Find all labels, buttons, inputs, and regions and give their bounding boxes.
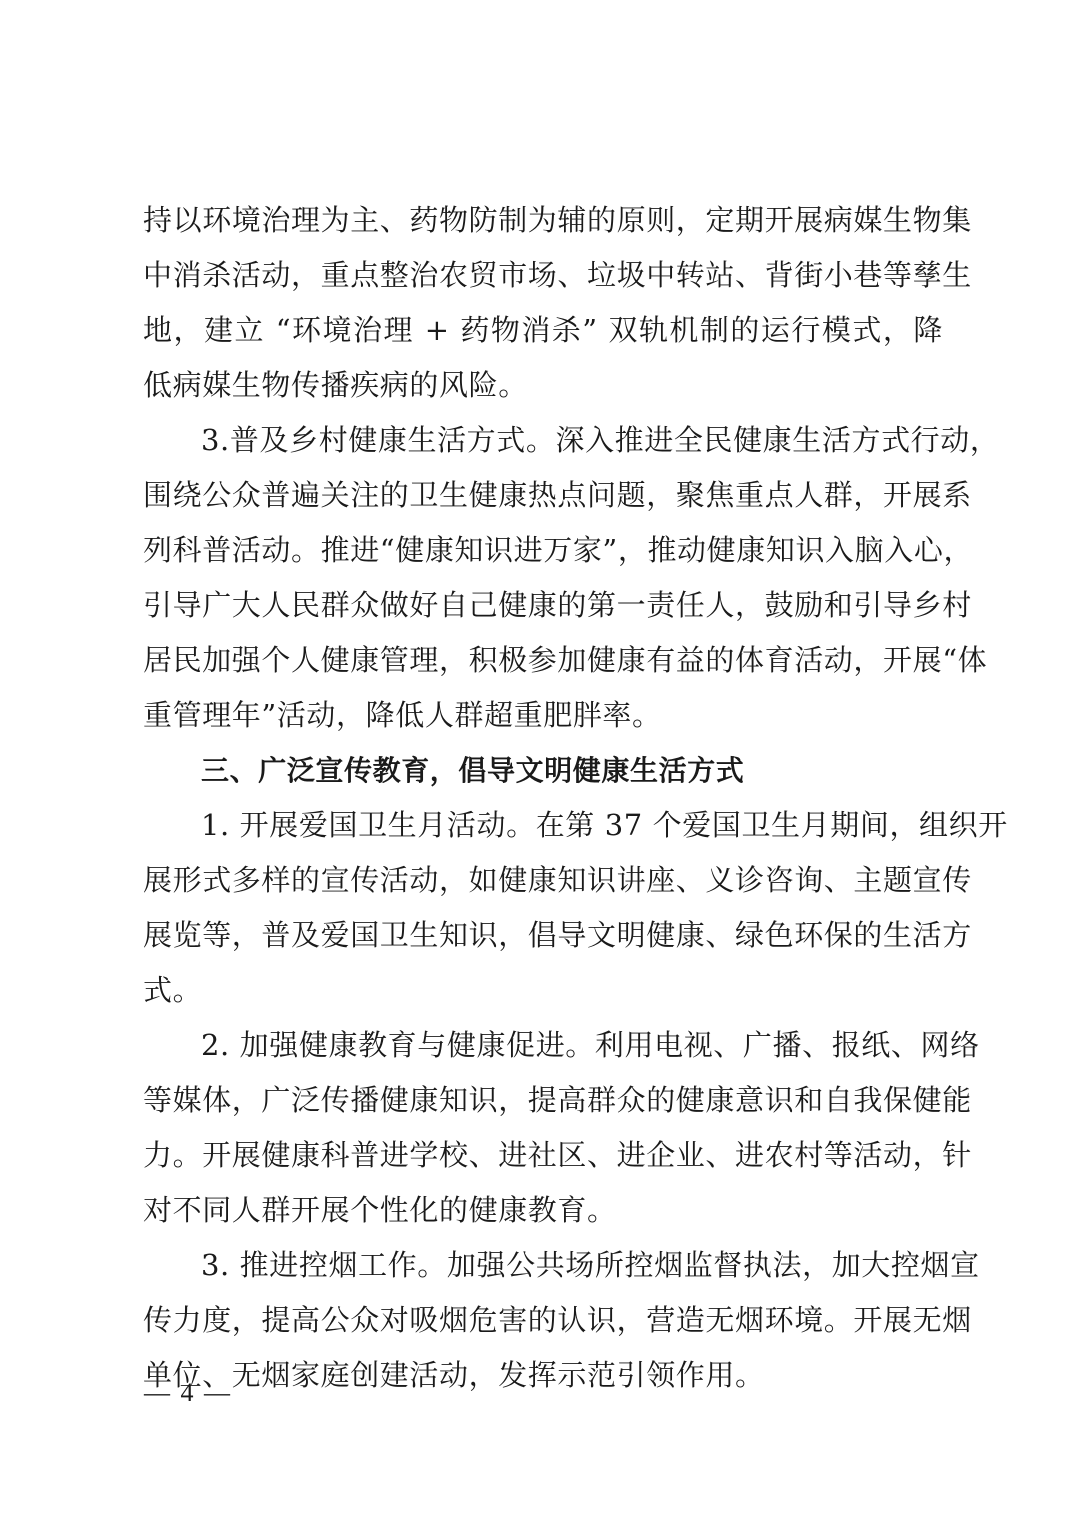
text-line: 围绕公众普遍关注的卫生健康热点问题，聚焦重点人群，开展系 [143, 468, 943, 523]
section-heading: 三、广泛宣传教育，倡导文明健康生活方式 [143, 743, 943, 798]
text-line: 式。 [143, 963, 943, 1018]
item-lead-title: 3.普及乡村健康生活方式。 [201, 423, 555, 457]
text-line: 传力度，提高公众对吸烟危害的认识，营造无烟环境。开展无烟 [143, 1293, 943, 1348]
text-run: 加强公共场所控烟监督执法，加大控烟宣 [447, 1248, 980, 1282]
text-line: 单位、无烟家庭创建活动，发挥示范引领作用。 [143, 1348, 943, 1403]
paragraph-vector-control: 持以环境治理为主、药物防制为辅的原则，定期开展病媒生物集 中消杀活动，重点整治农… [143, 193, 943, 413]
item-lead-title: 3. 推进控烟工作。 [201, 1248, 447, 1282]
text-line: 3.普及乡村健康生活方式。深入推进全民健康生活方式行动， [143, 413, 943, 468]
text-line: 居民加强个人健康管理，积极参加健康有益的体育活动，开展“体 [143, 633, 943, 688]
text-line: 引导广大人民群众做好自己健康的第一责任人，鼓励和引导乡村 [143, 578, 943, 633]
text-line: 持以环境治理为主、药物防制为辅的原则，定期开展病媒生物集 [143, 193, 943, 248]
document-page: 持以环境治理为主、药物防制为辅的原则，定期开展病媒生物集 中消杀活动，重点整治农… [143, 193, 943, 1403]
text-line: 低病媒生物传播疾病的风险。 [143, 358, 943, 413]
text-line: 2. 加强健康教育与健康促进。利用电视、广播、报纸、网络 [143, 1018, 943, 1073]
text-line: 力。开展健康科普进学校、进社区、进企业、进农村等活动，针 [143, 1128, 943, 1183]
text-line: 等媒体，广泛传播健康知识，提高群众的健康意识和自我保健能 [143, 1073, 943, 1128]
text-line: 对不同人群开展个性化的健康教育。 [143, 1183, 943, 1238]
paragraph-health-education: 2. 加强健康教育与健康促进。利用电视、广播、报纸、网络 等媒体，广泛传播健康知… [143, 1018, 943, 1238]
paragraph-rural-healthy-lifestyle: 3.普及乡村健康生活方式。深入推进全民健康生活方式行动， 围绕公众普遍关注的卫生… [143, 413, 943, 743]
text-run: 深入推进全民健康生活方式行动， [555, 423, 999, 457]
item-lead-title: 1. 开展爱国卫生月活动。 [201, 808, 536, 842]
text-line: 1. 开展爱国卫生月活动。在第 37 个爱国卫生月期间，组织开 [143, 798, 943, 853]
page-number: — 4 — [144, 1378, 232, 1408]
paragraph-tobacco-control: 3. 推进控烟工作。加强公共场所控烟监督执法，加大控烟宣 传力度，提高公众对吸烟… [143, 1238, 943, 1403]
text-line: 中消杀活动，重点整治农贸市场、垃圾中转站、背街小巷等孳生 [143, 248, 943, 303]
text-line: 展形式多样的宣传活动，如健康知识讲座、义诊咨询、主题宣传 [143, 853, 943, 908]
text-run: 利用电视、广播、报纸、网络 [595, 1028, 980, 1062]
item-lead-title: 2. 加强健康教育与健康促进。 [201, 1028, 595, 1062]
text-run: 在第 37 个爱国卫生月期间，组织开 [536, 808, 1008, 842]
text-line: 地，建立 “环境治理 + 药物消杀” 双轨机制的运行模式，降 [143, 303, 943, 358]
text-line: 重管理年”活动，降低人群超重肥胖率。 [143, 688, 943, 743]
text-line: 展览等，普及爱国卫生知识，倡导文明健康、绿色环保的生活方 [143, 908, 943, 963]
text-line: 列科普活动。推进“健康知识进万家”，推动健康知识入脑入心， [143, 523, 943, 578]
paragraph-patriotic-health-month: 1. 开展爱国卫生月活动。在第 37 个爱国卫生月期间，组织开 展形式多样的宣传… [143, 798, 943, 1018]
text-line: 3. 推进控烟工作。加强公共场所控烟监督执法，加大控烟宣 [143, 1238, 943, 1293]
